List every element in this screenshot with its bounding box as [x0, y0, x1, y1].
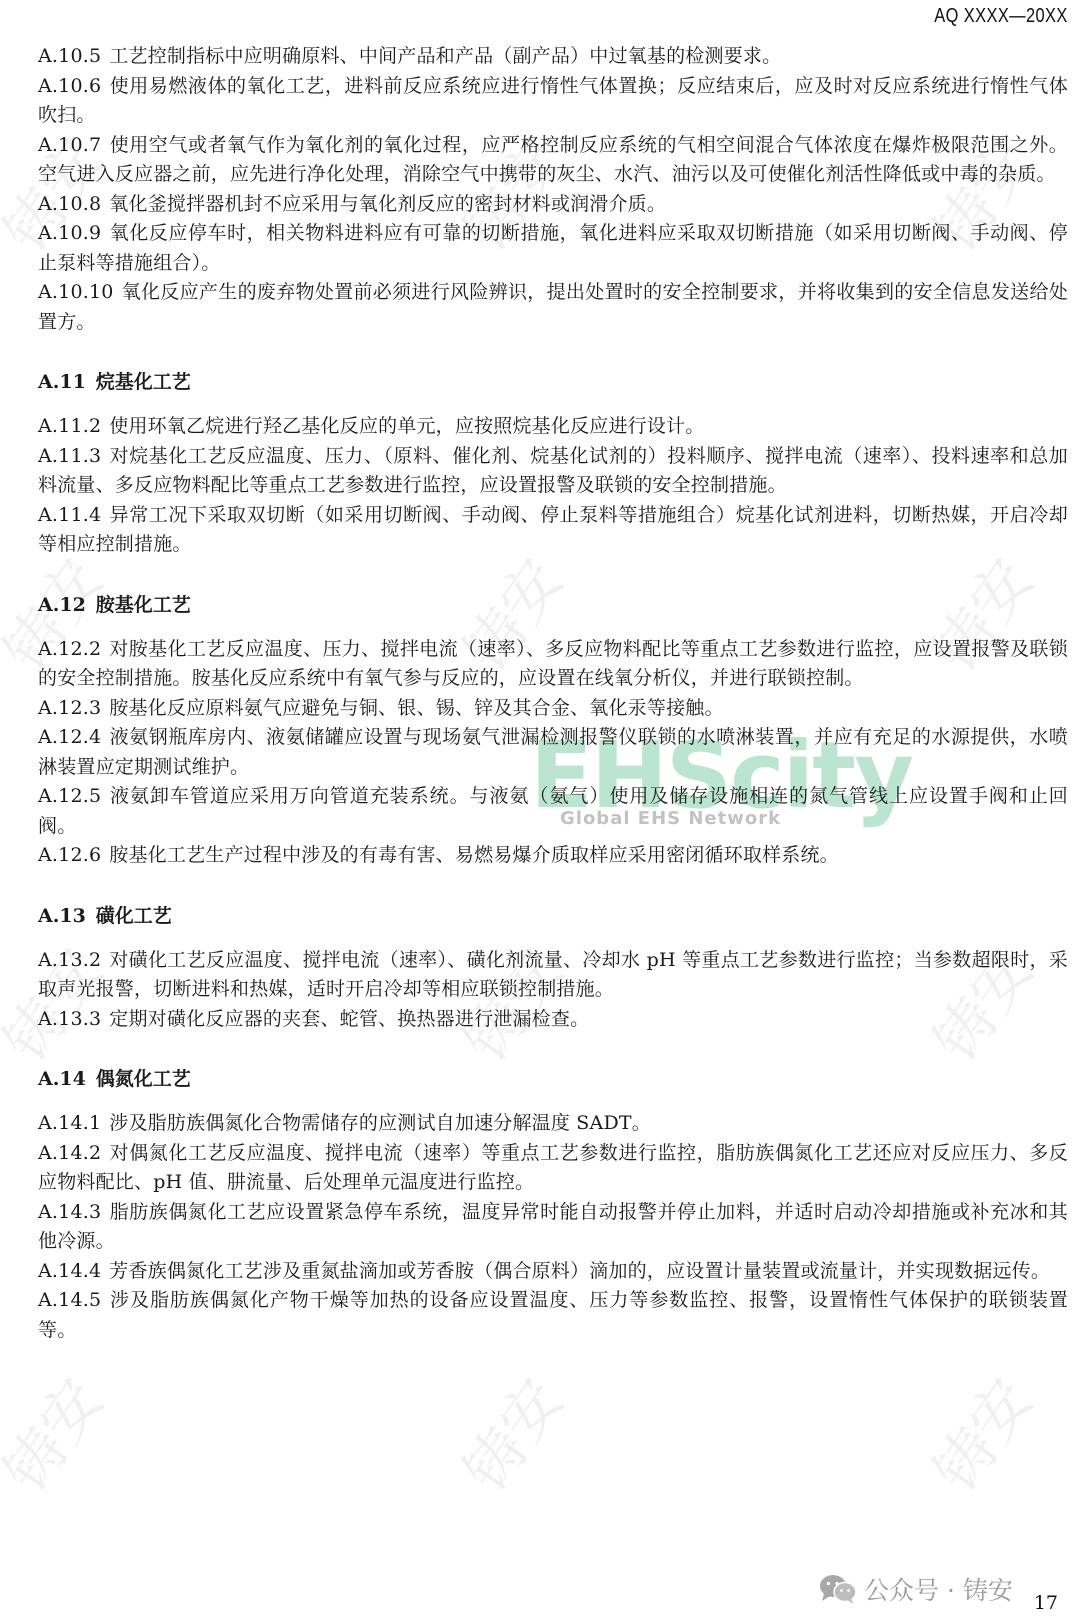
clause-number: A.14.5 [38, 1289, 101, 1311]
clause-paragraph: A.12.5液氨卸车管道应采用万向管道充装系统。与液氨（氨气）使用及储存设施相连… [38, 782, 1068, 841]
spacer [38, 1034, 1068, 1064]
section-number: A.14 [38, 1068, 86, 1090]
clause-number: A.14.4 [38, 1260, 101, 1282]
clause-text: 涉及脂肪族偶氮化合物需储存的应测试自加速分解温度 SADT。 [109, 1112, 651, 1134]
spacer [38, 1091, 1068, 1109]
clause-text: 对胺基化工艺反应温度、压力、搅拌电流（速率）、多反应物料配比等重点工艺参数进行监… [38, 638, 1068, 690]
clause-number: A.14.2 [38, 1142, 101, 1164]
clause-number: A.12.6 [38, 844, 101, 866]
spacer [38, 394, 1068, 412]
section-title-text: 偶氮化工艺 [96, 1068, 191, 1090]
clause-number: A.11.3 [38, 445, 101, 467]
clause-paragraph: A.10.8氧化釜搅拌器机封不应采用与氧化剂反应的密封材料或润滑介质。 [38, 190, 1068, 220]
clause-paragraph: A.10.9氧化反应停车时，相关物料进料应有可靠的切断措施，氧化进料应采取双切断… [38, 219, 1068, 278]
clause-paragraph: A.13.3定期对磺化反应器的夹套、蛇管、换热器进行泄漏检查。 [38, 1005, 1068, 1035]
document-body: A.10.5工艺控制指标中应明确原料、中间产品和产品（副产品）中过氧基的检测要求… [38, 42, 1068, 1345]
clause-number: A.10.6 [38, 75, 101, 97]
clause-text: 芳香族偶氮化工艺涉及重氮盐滴加或芳香胺（偶合原料）滴加的，应设置计量装置或流量计… [109, 1260, 1050, 1282]
clause-paragraph: A.13.2对磺化工艺反应温度、搅拌电流（速率）、磺化剂流量、冷却水 pH 等重… [38, 946, 1068, 1005]
section-number: A.12 [38, 594, 86, 616]
clause-number: A.10.8 [38, 193, 101, 215]
clause-text: 氧化反应产生的废弃物处置前必须进行风险辨识，提出处置时的安全控制要求，并将收集到… [38, 281, 1068, 333]
section-title-text: 胺基化工艺 [96, 594, 191, 616]
clause-number: A.14.1 [38, 1112, 101, 1134]
watermark-text: 铸安 [440, 1359, 579, 1507]
clause-number: A.10.10 [38, 281, 114, 303]
footer-brand: 公众号 · 铸安 [818, 1571, 1013, 1607]
clause-text: 对烷基化工艺反应温度、压力、（原料、催化剂、烷基化试剂的）投料顺序、搅拌电流（速… [38, 445, 1068, 497]
clause-text: 对偶氮化工艺反应温度、搅拌电流（速率）等重点工艺参数进行监控，脂肪族偶氮化工艺还… [38, 1142, 1068, 1194]
clause-text: 胺基化工艺生产过程中涉及的有毒有害、易燃易爆介质取样应采用密闭循环取样系统。 [109, 844, 839, 866]
clause-text: 工艺控制指标中应明确原料、中间产品和产品（副产品）中过氧基的检测要求。 [109, 45, 781, 67]
clause-number: A.10.7 [38, 134, 101, 156]
clause-text: 定期对磺化反应器的夹套、蛇管、换热器进行泄漏检查。 [109, 1008, 589, 1030]
clause-number: A.12.2 [38, 638, 101, 660]
clause-number: A.12.4 [38, 726, 101, 748]
section-heading: A.11烷基化工艺 [38, 367, 1068, 394]
clause-number: A.10.5 [38, 45, 101, 67]
document-code: AQ XXXX—20XX [935, 5, 1068, 28]
clause-text: 涉及脂肪族偶氮化产物干燥等加热的设备应设置温度、压力等参数监控、报警，设置惰性气… [38, 1289, 1068, 1341]
wechat-icon [818, 1573, 858, 1605]
clause-number: A.14.3 [38, 1201, 101, 1223]
clause-number: A.12.5 [38, 785, 101, 807]
clause-text: 胺基化反应原料氨气应避免与铜、银、锡、锌及其合金、氧化汞等接触。 [109, 697, 723, 719]
section-heading: A.12胺基化工艺 [38, 590, 1068, 617]
clause-text: 使用易燃液体的氧化工艺，进料前反应系统应进行惰性气体置换；反应结束后，应及时对反… [38, 75, 1068, 127]
clause-number: A.13.2 [38, 949, 101, 971]
clause-paragraph: A.12.4液氨钢瓶库房内、液氨储罐应设置与现场氨气泄漏检测报警仪联锁的水喷淋装… [38, 723, 1068, 782]
spacer [38, 617, 1068, 635]
clause-text: 氧化反应停车时，相关物料进料应有可靠的切断措施，氧化进料应采取双切断措施（如采用… [38, 222, 1068, 274]
clause-number: A.11.2 [38, 415, 101, 437]
clause-paragraph: A.14.2对偶氮化工艺反应温度、搅拌电流（速率）等重点工艺参数进行监控，脂肪族… [38, 1139, 1068, 1198]
clause-number: A.13.3 [38, 1008, 101, 1030]
clause-paragraph: A.14.1涉及脂肪族偶氮化合物需储存的应测试自加速分解温度 SADT。 [38, 1109, 1068, 1139]
document-page: 铸安 铸安 铸安 铸安 铸安 铸安 铸安 铸安 铸安 铸安 铸安 铸安 EHSc… [0, 0, 1080, 1617]
clause-number: A.12.3 [38, 697, 101, 719]
clause-paragraph: A.14.3脂肪族偶氮化工艺应设置紧急停车系统，温度异常时能自动报警并停止加料，… [38, 1198, 1068, 1257]
section-number: A.11 [38, 371, 86, 393]
clause-text: 对磺化工艺反应温度、搅拌电流（速率）、磺化剂流量、冷却水 pH 等重点工艺参数进… [38, 949, 1068, 1001]
clause-paragraph: A.12.6胺基化工艺生产过程中涉及的有毒有害、易燃易爆介质取样应采用密闭循环取… [38, 841, 1068, 871]
clause-paragraph: A.10.7使用空气或者氧气作为氧化剂的氧化过程，应严格控制反应系统的气相空间混… [38, 131, 1068, 190]
footer-brand-text: 公众号 · 铸安 [864, 1571, 1013, 1607]
clause-paragraph: A.11.3对烷基化工艺反应温度、压力、（原料、催化剂、烷基化试剂的）投料顺序、… [38, 442, 1068, 501]
section-title-text: 磺化工艺 [96, 905, 172, 927]
clause-text: 异常工况下采取双切断（如采用切断阀、手动阀、停止泵料等措施组合）烷基化试剂进料，… [38, 504, 1068, 556]
clause-text: 使用环氧乙烷进行羟乙基化反应的单元，应按照烷基化反应进行设计。 [109, 415, 704, 437]
clause-text: 脂肪族偶氮化工艺应设置紧急停车系统，温度异常时能自动报警并停止加料，并适时启动冷… [38, 1201, 1068, 1253]
clause-number: A.11.4 [38, 504, 101, 526]
spacer [38, 871, 1068, 901]
section-number: A.13 [38, 905, 86, 927]
clause-number: A.10.9 [38, 222, 101, 244]
clause-paragraph: A.11.4异常工况下采取双切断（如采用切断阀、手动阀、停止泵料等措施组合）烷基… [38, 501, 1068, 560]
page-number: 17 [1034, 1592, 1058, 1614]
clause-text: 使用空气或者氧气作为氧化剂的氧化过程，应严格控制反应系统的气相空间混合气体浓度在… [38, 134, 1068, 186]
section-heading: A.13磺化工艺 [38, 901, 1068, 928]
section-heading: A.14偶氮化工艺 [38, 1064, 1068, 1091]
watermark-text: 铸安 [0, 1359, 120, 1507]
clause-paragraph: A.10.10氧化反应产生的废弃物处置前必须进行风险辨识，提出处置时的安全控制要… [38, 278, 1068, 337]
clause-paragraph: A.12.2对胺基化工艺反应温度、压力、搅拌电流（速率）、多反应物料配比等重点工… [38, 635, 1068, 694]
spacer [38, 560, 1068, 590]
clause-text: 液氨卸车管道应采用万向管道充装系统。与液氨（氨气）使用及储存设施相连的氮气管线上… [38, 785, 1068, 837]
spacer [38, 337, 1068, 367]
clause-text: 液氨钢瓶库房内、液氨储罐应设置与现场氨气泄漏检测报警仪联锁的水喷淋装置，并应有充… [38, 726, 1068, 778]
section-title-text: 烷基化工艺 [96, 371, 191, 393]
clause-paragraph: A.14.4芳香族偶氮化工艺涉及重氮盐滴加或芳香胺（偶合原料）滴加的，应设置计量… [38, 1257, 1068, 1287]
clause-paragraph: A.14.5涉及脂肪族偶氮化产物干燥等加热的设备应设置温度、压力等参数监控、报警… [38, 1286, 1068, 1345]
clause-paragraph: A.12.3胺基化反应原料氨气应避免与铜、银、锡、锌及其合金、氧化汞等接触。 [38, 694, 1068, 724]
clause-paragraph: A.10.5工艺控制指标中应明确原料、中间产品和产品（副产品）中过氧基的检测要求… [38, 42, 1068, 72]
clause-paragraph: A.11.2使用环氧乙烷进行羟乙基化反应的单元，应按照烷基化反应进行设计。 [38, 412, 1068, 442]
clause-paragraph: A.10.6使用易燃液体的氧化工艺，进料前反应系统应进行惰性气体置换；反应结束后… [38, 72, 1068, 131]
spacer [38, 928, 1068, 946]
clause-text: 氧化釜搅拌器机封不应采用与氧化剂反应的密封材料或润滑介质。 [109, 193, 666, 215]
watermark-text: 铸安 [910, 1359, 1049, 1507]
